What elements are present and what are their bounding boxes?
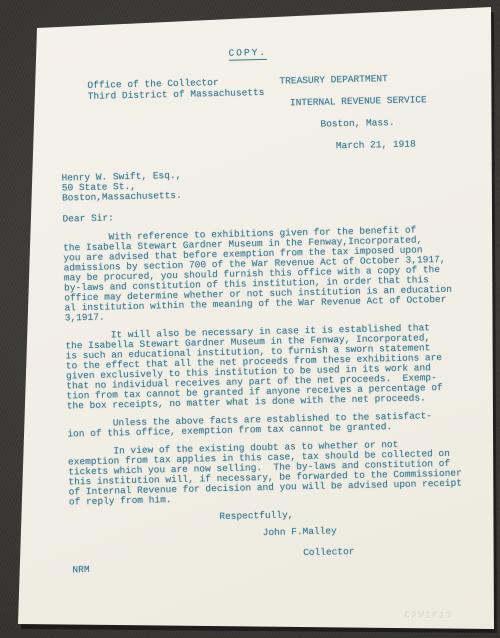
closing-phrase: Respectfully,	[69, 506, 477, 525]
signature-name: John F.Malley	[70, 523, 478, 542]
service-name: INTERNAL REVENUE SERVICE	[280, 95, 427, 108]
city-line: Boston, Mass.	[280, 117, 427, 130]
copy-stamp: COPY.	[228, 47, 267, 61]
department-name: TREASURY DEPARTMENT	[279, 73, 426, 86]
sender-office-block: Office of the Collector Third District o…	[87, 77, 264, 102]
copy-line: COPY.	[59, 44, 437, 63]
letter-content: COPY. Office of the Collector Third Dist…	[40, 10, 493, 620]
photograph-background: COPY. Office of the Collector Third Dist…	[0, 0, 500, 638]
body-paragraph-4: In view of the existing doubt as to whet…	[68, 438, 477, 507]
body-paragraph-3: Unless the above facts are established t…	[67, 410, 475, 439]
salutation: Dear Sir:	[62, 205, 470, 224]
date-line: March 21, 1918	[281, 139, 428, 152]
letterhead: Office of the Collector Third District o…	[59, 72, 469, 165]
letterhead-right-block: TREASURY DEPARTMENT INTERNAL REVENUE SER…	[279, 73, 428, 164]
body-paragraph-1: With reference to exhibitions given for …	[63, 224, 473, 323]
sender-district-line: Third District of Massachusetts	[88, 87, 265, 102]
embossed-corner-mark: C2W1K13	[405, 611, 453, 621]
recipient-address: Henry W. Swift, Esq., 50 State St., Bost…	[61, 164, 470, 203]
body-paragraph-2: It will also be necessary in case it is …	[65, 322, 475, 411]
